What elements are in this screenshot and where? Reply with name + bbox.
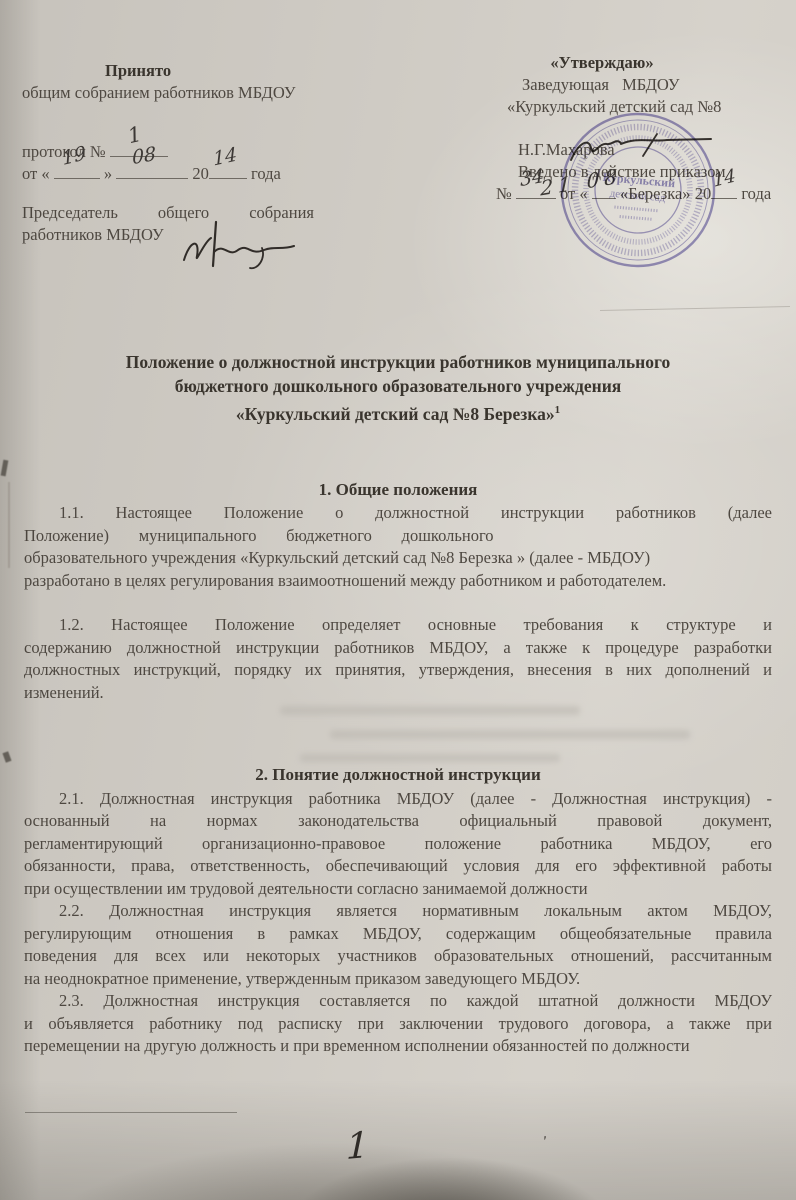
director-signature [565, 130, 715, 175]
document-title: Положение о должностной инструкции работ… [24, 350, 772, 426]
text-line: образовательного учреждения «Куркульский… [24, 547, 772, 570]
scan-speck [1, 460, 9, 477]
text-line: перемещении на другую должность и при вр… [24, 1035, 772, 1058]
accepted-subline: общим собранием работников МБДОУ [22, 82, 402, 104]
chairman-signature [178, 218, 298, 280]
text-line: обязанности, права, ответственность, обе… [24, 855, 772, 878]
paragraph-1-2: 1.2. Настоящее Положение определяет осно… [24, 614, 772, 704]
title-line: «Куркульский детский сад №8 Березка»1 [24, 398, 772, 426]
text-line: и объявляется работнику под расписку при… [24, 1013, 772, 1036]
date-suffix: года [251, 164, 281, 183]
title-line: Положение о должностной инструкции работ… [24, 350, 772, 374]
text-line: при осуществлении им трудовой деятельнос… [24, 878, 772, 901]
text-line: 1.1. Настоящее Положение о должностной и… [24, 502, 772, 525]
handwritten-year: 14 [212, 143, 237, 170]
text-line: основанный на нормах законодательства оф… [24, 810, 772, 833]
paper-crease [8, 482, 10, 568]
text-line: на неоднократное применение, утвержденны… [24, 968, 772, 991]
section-1-heading: 1. Общие положения [24, 479, 772, 502]
stamp-center-dashes [614, 207, 658, 211]
footnote-separator-line [25, 1112, 237, 1113]
handwritten-protocol-number: 1 [126, 123, 144, 147]
paragraph-2-1: 2.1. Должностная инструкция работника МБ… [24, 788, 772, 901]
title-line-text: «Куркульский детский сад №8 Березка» [236, 404, 555, 424]
text-line: изменений. [24, 682, 772, 705]
stamp-center-dashes [620, 216, 652, 219]
date-day-blank: 19 [54, 163, 100, 179]
protocol-date-line: от « 19 » 08 20 14 года [22, 163, 402, 185]
date-quote-close: » [104, 164, 112, 183]
stamp-center-line2: детский сад [609, 188, 666, 205]
handwritten-month: 08 [132, 143, 157, 169]
text-line: разработано в целях регулирования взаимо… [24, 570, 772, 593]
scan-speck [2, 751, 11, 762]
text-line: 2.2. Должностная инструкция является нор… [24, 900, 772, 923]
text-line: регулирующим отношения в рамках МБДОУ, с… [24, 923, 772, 946]
text-line: поведения для всех или некоторых участни… [24, 945, 772, 968]
title-line: бюджетного дошкольного образовательного … [24, 374, 772, 398]
text-line: должностных инструкций, порядку их приня… [24, 659, 772, 682]
text-line: 1.2. Настоящее Положение определяет осно… [24, 614, 772, 637]
date-month-blank: 08 [116, 163, 188, 179]
document-body: Положение о должностной инструкции работ… [24, 350, 772, 1058]
paragraph-2-3: 2.3. Должностная инструкция составляется… [24, 990, 772, 1058]
text-line: регламентирующий организационно-правовое… [24, 833, 772, 856]
handwritten-page-number: 1 [346, 1125, 370, 1168]
footnote-marker: 1 [555, 404, 561, 416]
date-year-blank: 14 [209, 163, 247, 179]
paragraph-2-2: 2.2. Должностная инструкция является нор… [24, 900, 772, 990]
chairman-word: Председатель [22, 202, 118, 224]
section-2-heading: 2. Понятие должностной инструкции [24, 764, 772, 787]
handwritten-day: 19 [61, 142, 87, 170]
approval-heading: «Утверждаю» [452, 52, 792, 74]
paragraph-1-1: 1.1. Настоящее Положение о должностной и… [24, 502, 772, 592]
text-line: Положение) муниципального бюджетного дош… [24, 525, 772, 548]
order-year-suffix: года [741, 184, 771, 203]
date-year-prefix: 20 [192, 164, 209, 183]
bleed-through-smudge [330, 730, 690, 739]
faint-pencil-line [600, 306, 790, 311]
text-line: 2.1. Должностная инструкция работника МБ… [24, 788, 772, 811]
text-line: 2.3. Должностная инструкция составляется… [24, 990, 772, 1013]
stray-pen-mark: ' [542, 1134, 547, 1151]
approval-position: Заведующая МБДОУ [452, 74, 792, 96]
bleed-through-smudge [300, 754, 560, 762]
date-prefix: от « [22, 164, 50, 183]
text-line: содержанию должностной инструкции работн… [24, 637, 772, 660]
bleed-through-smudge [280, 706, 580, 715]
scanned-document-page: Принято общим собранием работников МБДОУ… [0, 0, 796, 1200]
accepted-heading: Принято [22, 60, 402, 82]
order-no-label: № [496, 184, 512, 203]
